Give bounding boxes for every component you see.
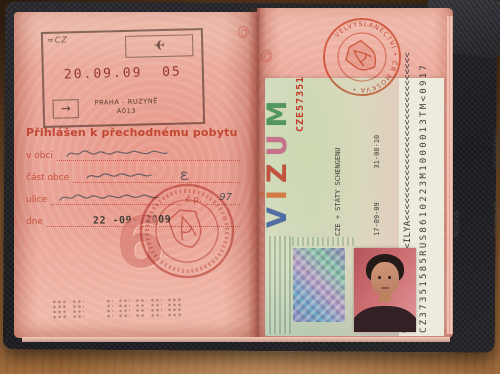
visa-title: VÍZUM <box>262 94 293 228</box>
photo-face <box>371 262 399 295</box>
field-label-v-obci: v obci <box>26 151 57 161</box>
airplane-box: ✈ <box>125 34 194 58</box>
page-stack-edge <box>447 16 453 334</box>
entry-arrow-icon: → <box>61 103 71 115</box>
visa-issued-in: MOSKVA <box>451 84 464 236</box>
visa-valid-for: CZE + STÁTY SCHENGENU <box>332 84 345 236</box>
photo-eye <box>378 276 381 279</box>
lion-emblem-icon <box>167 206 206 252</box>
border-entry-stamp: ≈CZ ✈ 20.09.09 05 → PRAHA - RUZYNĚ A013 <box>41 28 205 128</box>
security-microtext-band <box>292 237 354 246</box>
entry-location: PRAHA - RUZYNĚ A013 <box>94 97 158 118</box>
photo-eye <box>388 276 391 279</box>
hologram-kinegram-patch <box>293 248 345 322</box>
left-page: ≈CZ ✈ 20.09.09 05 → PRAHA - RUZYNĚ A013 … <box>14 12 257 338</box>
dotted-leader <box>57 148 240 161</box>
page-stack-edge <box>22 337 450 342</box>
visa-issue-date-passport-number: 17-09-09 702787052 <box>491 84 500 236</box>
photo-neck <box>379 292 391 302</box>
security-microtext-band <box>267 236 291 334</box>
perforated-number <box>52 294 228 321</box>
passport-photo-scene: ≈CZ ✈ 20.09.09 05 → PRAHA - RUZYNĚ A013 … <box>0 0 500 374</box>
photo-shoulders <box>354 306 416 332</box>
entry-arrow-box: → <box>53 99 79 119</box>
entry-location-code: A013 <box>95 106 159 117</box>
registration-row-v-obci: v obci <box>26 148 240 161</box>
right-page: VÍZUM CZE57351 CZE + STÁTY SCHENGENU 17-… <box>257 8 453 338</box>
stamp-corner-mark: ≈CZ <box>47 35 68 45</box>
coat-of-arms-icon <box>342 38 382 77</box>
mrz-line-2: CZ37351585RUS8610223M1000013TM<0917 <box>419 63 429 333</box>
visa-photo <box>354 248 416 332</box>
registration-title: Přihlášen k přechodnému pobytu <box>26 126 240 139</box>
field-label-cast-obce: část obce <box>26 173 73 183</box>
airplane-icon: ✈ <box>153 39 165 53</box>
entry-date: 20.09.09 05 <box>64 65 182 83</box>
field-label-dne: dne <box>26 217 47 227</box>
page-gutter-shadow <box>248 8 266 338</box>
field-label-ulice: ulice <box>26 195 51 205</box>
handwriting-v-obci <box>63 147 183 160</box>
photo-mouth <box>381 287 389 289</box>
